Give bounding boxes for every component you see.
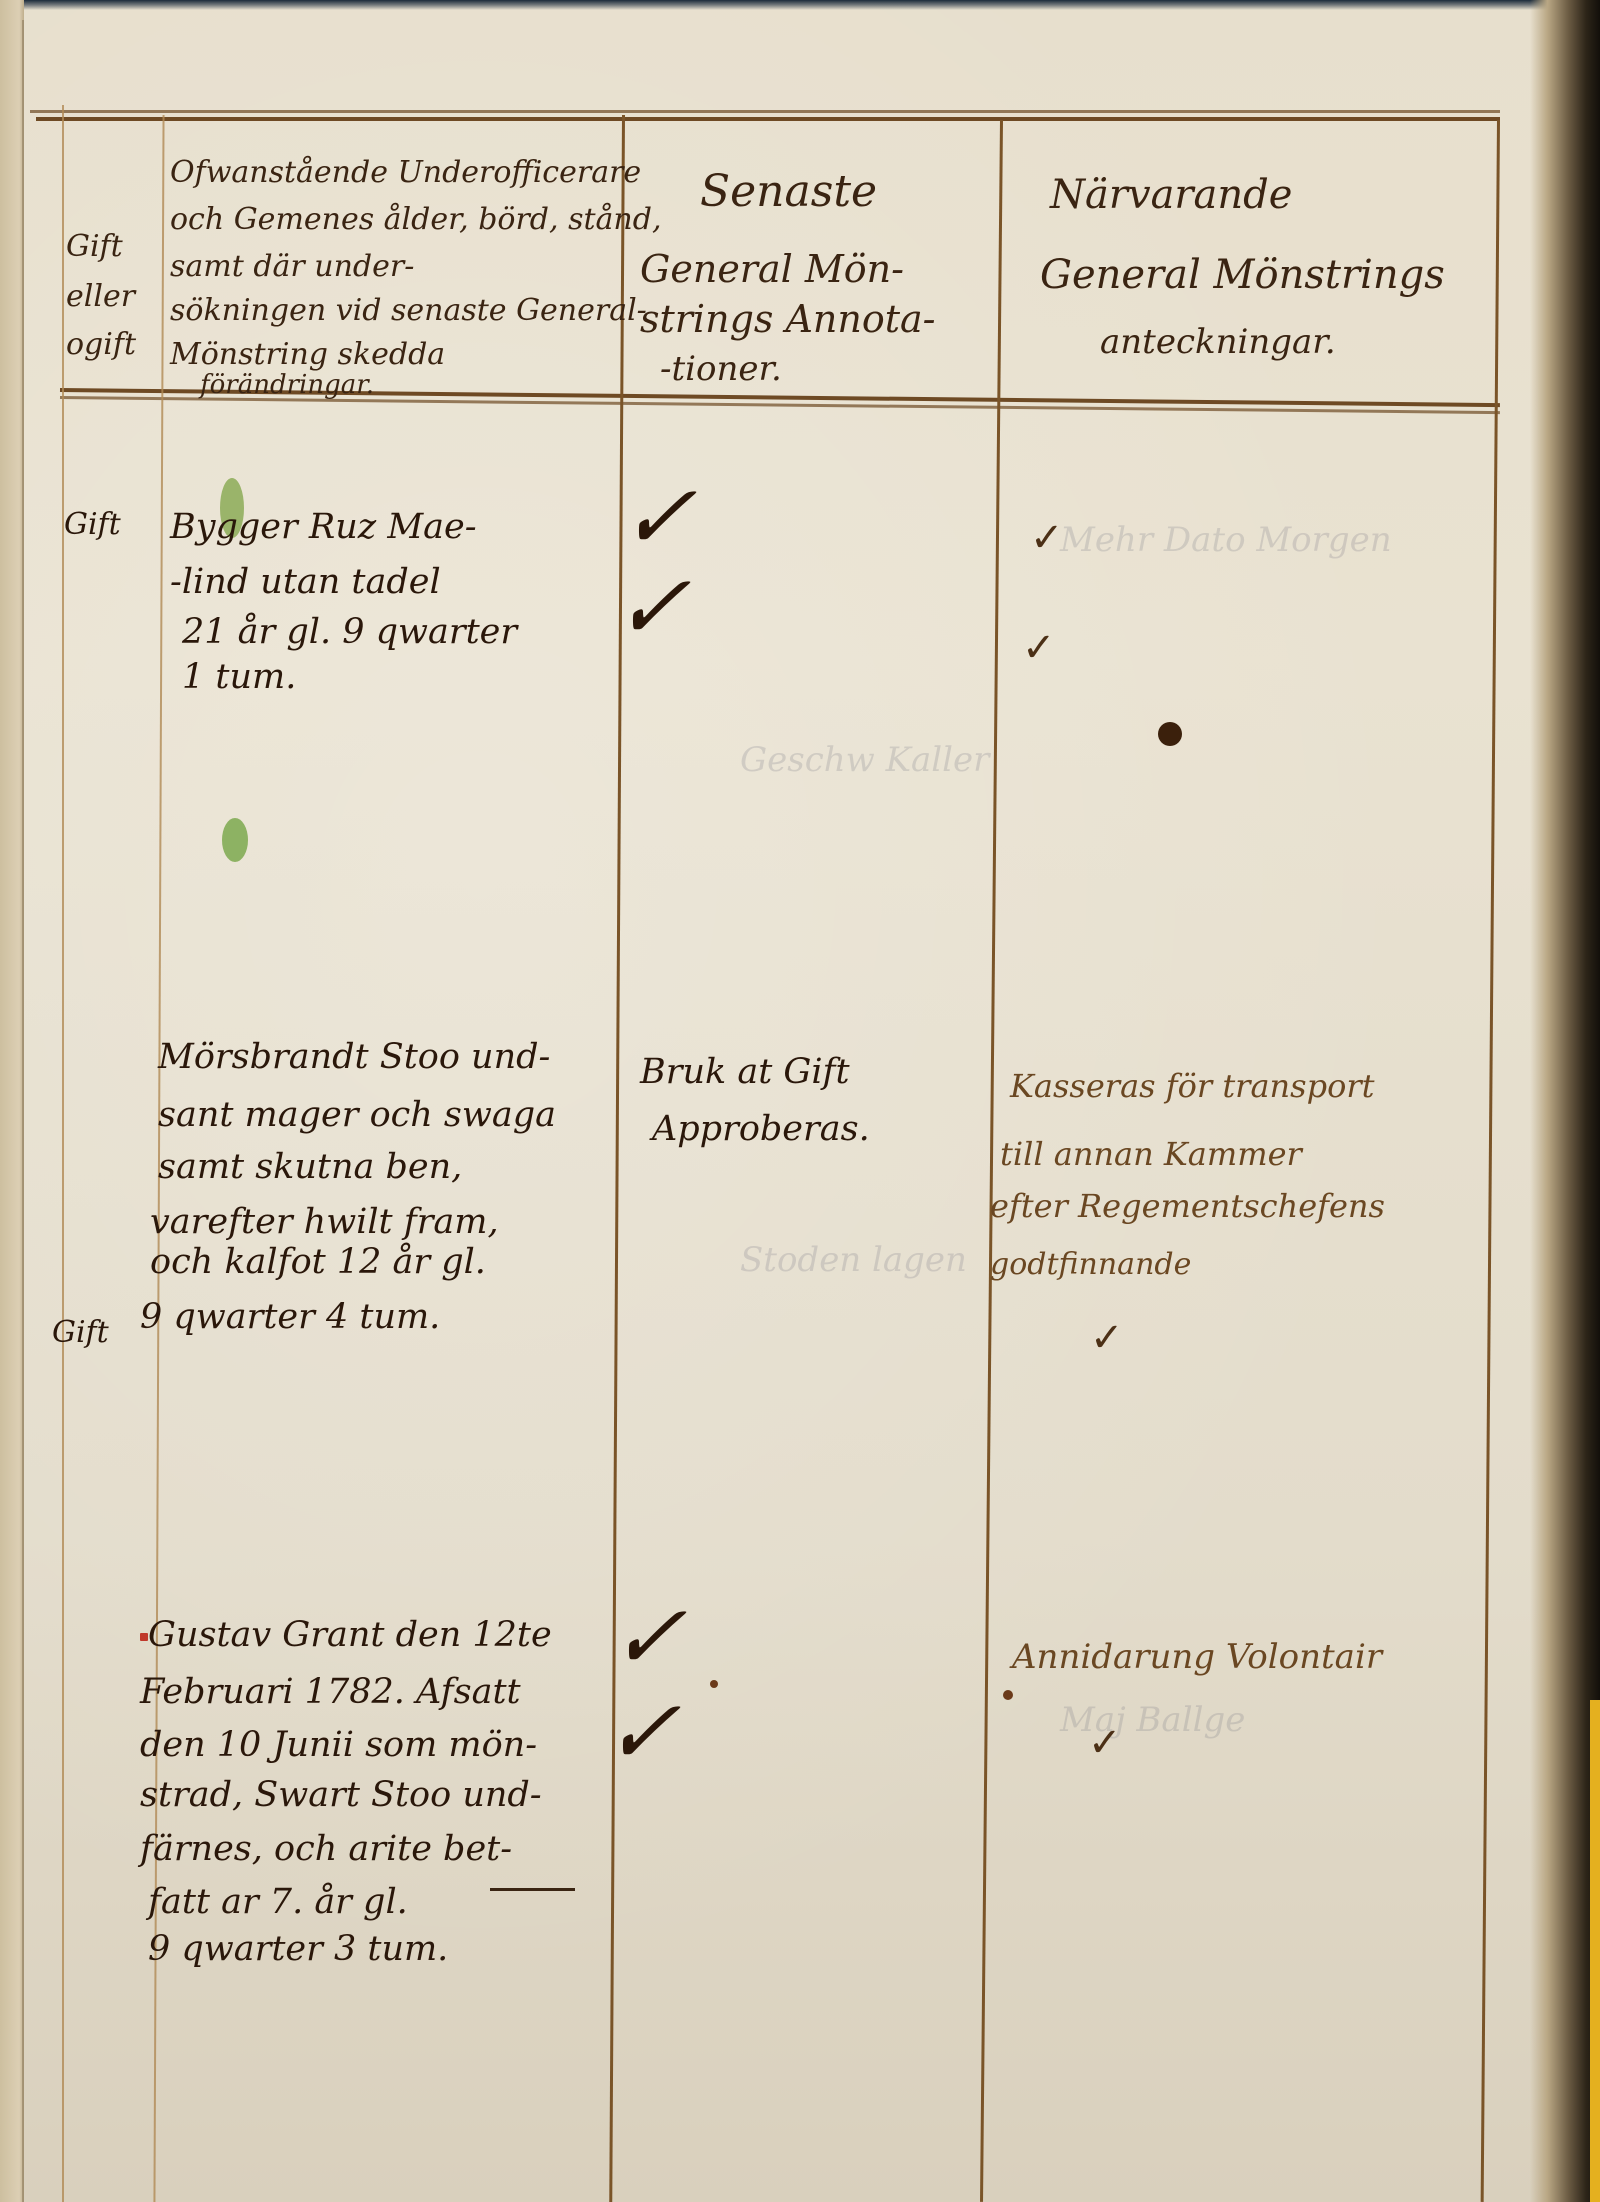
entry-remark-line: godtfinnande xyxy=(990,1250,1191,1280)
gutter-line xyxy=(22,20,24,2202)
entry-remark-line: Kasseras för transport xyxy=(1010,1070,1374,1102)
header-annotations-line: General Mön- xyxy=(640,250,904,288)
header-description-line: Mönstring skedda xyxy=(170,340,445,370)
bleed-through-text: Stoden lagen xyxy=(740,1240,967,1280)
entry-status: Gift xyxy=(64,510,121,540)
header-annotations-line: strings Annota- xyxy=(640,300,936,338)
header-annotations-line: -tioner. xyxy=(660,352,782,386)
entry-description-line: Gustav Grant den 12te xyxy=(148,1618,552,1653)
check-mark-icon: ✓ xyxy=(1030,515,1064,561)
entry-description-line: 1 tum. xyxy=(182,660,296,695)
header-status-line: eller xyxy=(66,282,135,312)
entry-description-line: sant mager och swaga xyxy=(158,1098,556,1133)
entry-description-line: Februari 1782. Afsatt xyxy=(140,1675,521,1710)
header-remarks-line: Närvarande xyxy=(1050,175,1292,215)
green-stain xyxy=(222,818,248,862)
entry-description-line: fatt ar 7. år gl. xyxy=(148,1885,408,1920)
entry-description-line: Mörsbrandt Stoo und- xyxy=(158,1040,550,1075)
ink-spot xyxy=(710,1680,718,1688)
check-mark-icon: ✓ xyxy=(1090,1315,1124,1361)
header-annotations-line: Senaste xyxy=(700,170,877,214)
scan-top-edge xyxy=(0,0,1600,10)
entry-description-line: -lind utan tadel xyxy=(170,565,441,600)
header-description-line: Ofwanstående Underofficerare xyxy=(170,158,641,188)
entry-description-line: strad, Swart Stoo und- xyxy=(140,1778,542,1813)
dash-rule xyxy=(490,1888,575,1891)
ink-spot xyxy=(1003,1690,1013,1700)
scan-background-edge xyxy=(1590,1700,1600,2202)
entry-description-line: färnes, och arite bet- xyxy=(140,1832,512,1867)
header-status-line: ogift xyxy=(66,330,136,360)
check-mark-icon: ✓ xyxy=(601,1585,711,1690)
bleed-through-text: Mehr Dato Morgen xyxy=(1060,520,1392,560)
column-rule-2 xyxy=(609,115,625,2202)
margin-rule xyxy=(62,105,64,2202)
header-top-rule xyxy=(30,110,1500,113)
entry-remark-line: Annidarung Volontair xyxy=(1012,1640,1382,1674)
entry-annotation-line: Bruk at Gift xyxy=(640,1055,850,1090)
check-mark-icon: ✓ xyxy=(1088,1720,1122,1766)
entry-remark-line: efter Regementschefens xyxy=(990,1190,1385,1222)
ledger-page: Mehr Dato Morgen Geschw Kaller Stoden la… xyxy=(0,0,1600,2202)
entry-annotation-line: Approberas. xyxy=(652,1112,870,1147)
entry-description-line: varefter hwilt fram, xyxy=(150,1205,499,1240)
entry-description-line: 9 qwarter 4 tum. xyxy=(140,1300,440,1335)
header-remarks-line: General Mönstrings xyxy=(1040,255,1445,295)
header-description-line: och Gemenes ålder, börd, stånd, xyxy=(170,205,661,235)
entry-description-line: 9 qwarter 3 tum. xyxy=(148,1932,448,1967)
entry-description-line: 21 år gl. 9 qwarter xyxy=(182,615,517,650)
header-description-line: förändringar. xyxy=(200,372,374,398)
red-mark xyxy=(140,1633,148,1641)
entry-description-line: och kalfot 12 år gl. xyxy=(150,1245,486,1280)
header-description-line: sökningen vid senaste General- xyxy=(170,296,647,326)
book-gutter xyxy=(0,0,24,2202)
entry-remark-line: till annan Kammer xyxy=(1000,1138,1302,1170)
header-top-rule-2 xyxy=(36,117,1500,121)
header-remarks-line: anteckningar. xyxy=(1100,325,1336,359)
entry-description-line: den 10 Junii som mön- xyxy=(140,1728,537,1763)
entry-description-line: samt skutna ben, xyxy=(158,1150,462,1185)
entry-status: Gift xyxy=(52,1318,109,1348)
entry-description-line: Bygger Ruz Mae- xyxy=(170,510,477,545)
header-status-line: Gift xyxy=(66,232,123,262)
header-description-line: samt där under- xyxy=(170,252,414,282)
check-mark-icon: ✓ xyxy=(1022,625,1056,671)
bleed-through-text: Geschw Kaller xyxy=(740,740,989,780)
column-rule-4 xyxy=(1481,120,1500,2202)
ink-blot xyxy=(1158,722,1182,746)
